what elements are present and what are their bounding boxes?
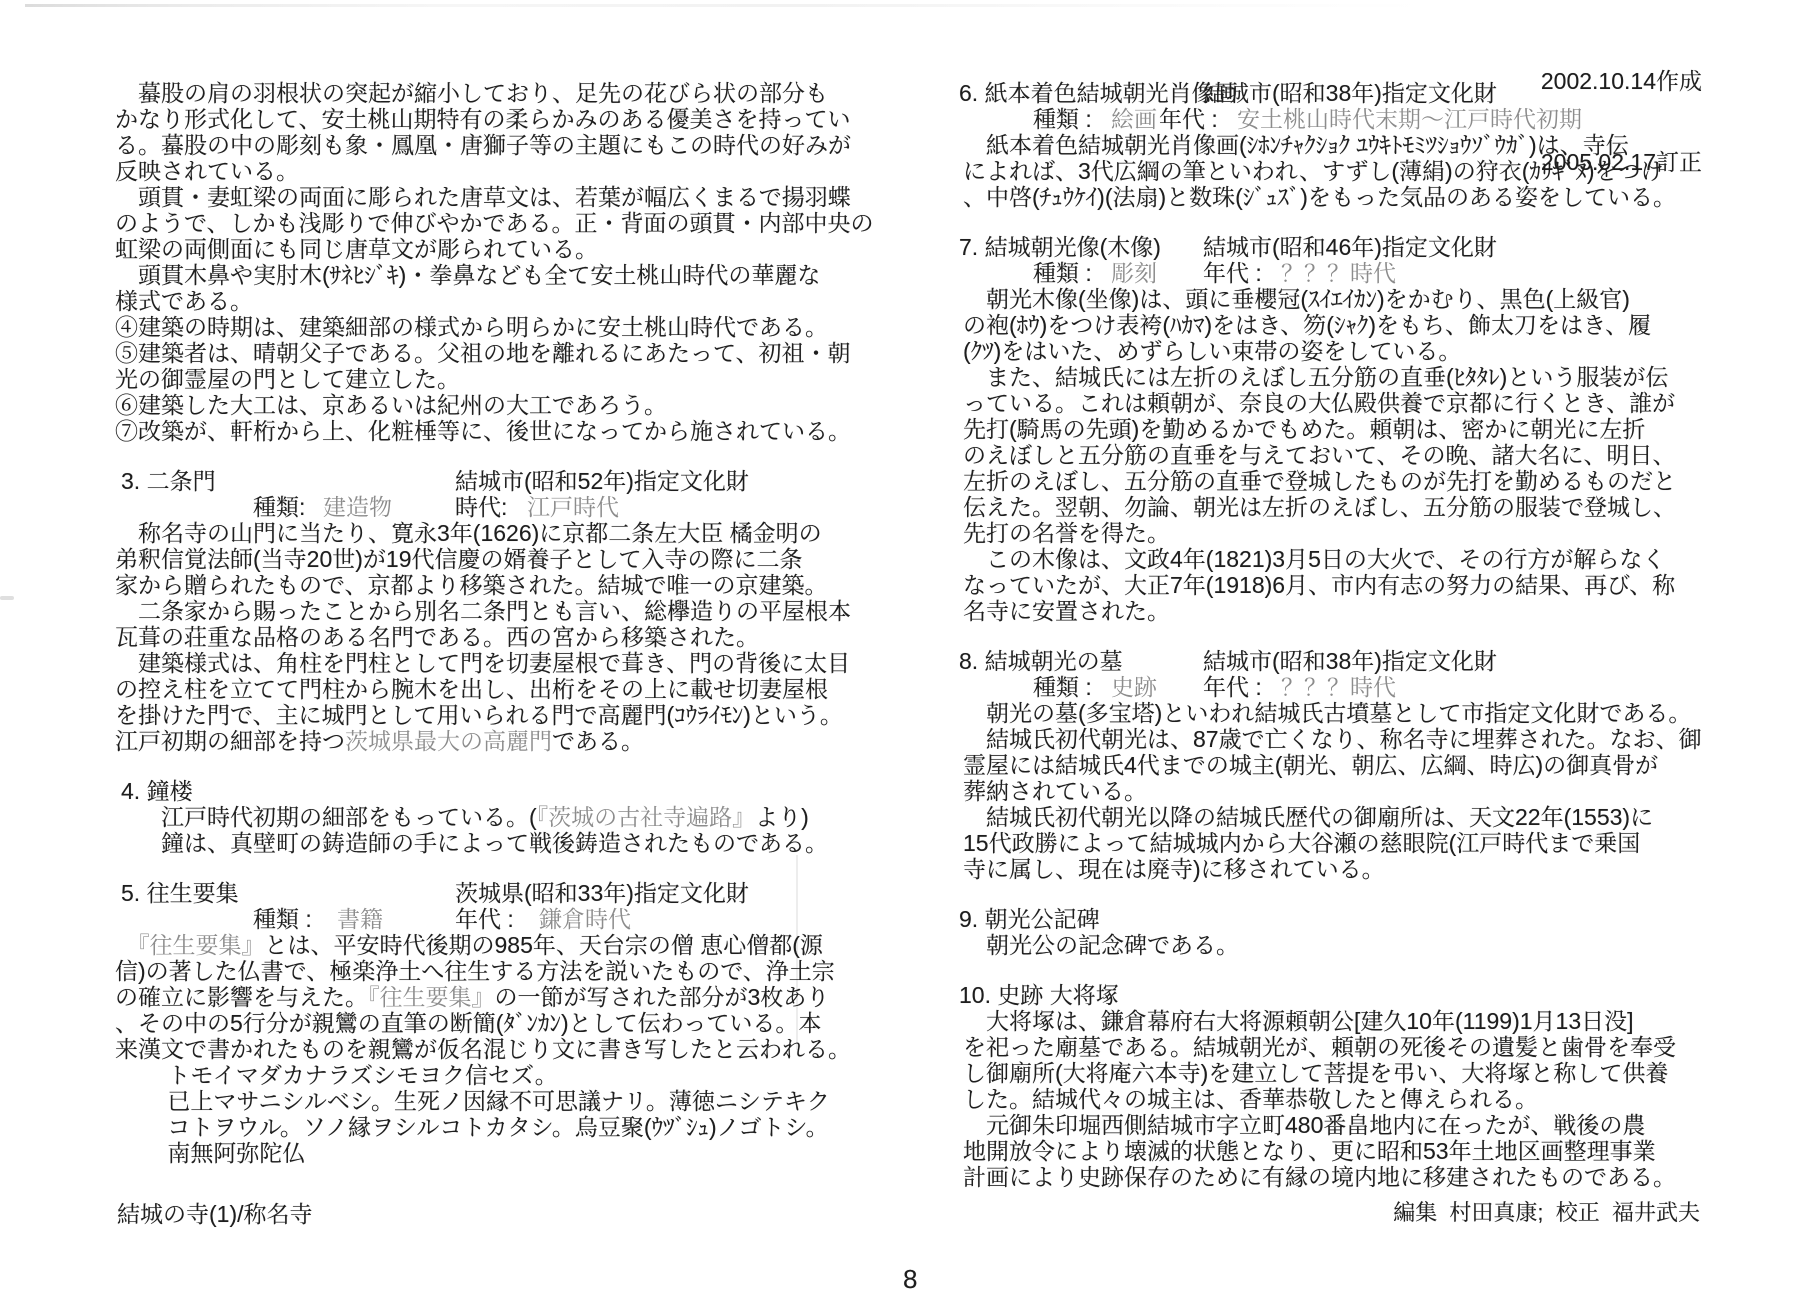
text-line: 、中啓(ﾁｭｳｹｲ)(法扇)と数珠(ｼﾞｭｽﾞ)をもった気品のある姿をしている。	[963, 184, 1723, 210]
text-line: ⑥建築した大工は、京あるいは紀州の大工であろう。	[115, 392, 805, 418]
text-line: この木像は、文政4年(1821)3月5日の大火で、その行方が解らなく	[963, 546, 1723, 572]
text-line: ⑦改築が、軒桁から上、化粧棰等に、後世になってから施されている。	[115, 418, 805, 444]
text-line: によれば、3代広綱の筆といわれ、すずし(薄絹)の狩衣(ｶﾘｷﾞﾇ)をつけ	[963, 158, 1723, 184]
section-8-body: 朝光の墓(多宝塔)といわれ結城氏古墳墓として市指定文化財である。 結城氏初代朝光…	[963, 700, 1723, 882]
text-line: 称名寺の山門に当たり、寛永3年(1626)に京都二条左大臣 橘金明の	[115, 520, 805, 546]
scan-artifact-left	[0, 596, 14, 600]
text-line: 計画により史跡保存のために有縁の境内地に移建されたものである。	[963, 1164, 1723, 1190]
section-3-heading: 3. 二条門結城市(昭和52年)指定文化財	[115, 468, 805, 494]
text-line: 頭貫木鼻や実肘木(ｻﾈﾋｼﾞｷ)・拳鼻なども全て安土桃山時代の華麗な	[115, 262, 805, 288]
text-line: 7. 結城朝光像(木像)結城市(昭和46年)指定文化財	[963, 234, 1723, 260]
text-line: っている。これは頼朝が、奈良の大仏殿供養で京都に行くとき、誰が	[963, 390, 1723, 416]
text-line: 朝光木像(坐像)は、頭に垂櫻冠(ｽｲｴｲｶﾝ)をかむり、黒色(上級官)	[963, 286, 1723, 312]
text-line: 鐘は、真壁町の鋳造師の手によって戦後鋳造されたものである。	[115, 830, 805, 856]
text-line: トモイマダカナラズシモヨク信セズ。	[115, 1062, 805, 1088]
text-line: の袍(ﾎｳ)をつけ表袴(ﾊｶﾏ)をはき、笏(ｼｬｸ)をもち、飾太刀をはき、履	[963, 312, 1723, 338]
text-line: 寺に属し、現在は廃寺)に移されている。	[963, 856, 1723, 882]
section-6-meta: 種類 :絵画年代 :安土桃山時代末期〜江戸時代初期	[963, 106, 1723, 132]
section-4-body: 江戸時代初期の細部をもっている。(『茨城の古社寺遍路』より) 鐘は、真壁町の鋳造…	[115, 804, 805, 856]
text-line: を掛けた門で、主に城門として用いられる門で高麗門(ｺｳﾗｲﾓﾝ)という。	[115, 702, 805, 728]
text-line: 結城氏初代朝光以降の結城氏歴代の御廟所は、天文22年(1553)に	[963, 804, 1723, 830]
section-7-meta: 種類 :彫刻年代 :？？？時代	[963, 260, 1723, 286]
text-line: した。結城代々の城主は、香華恭敬したと傳えられる。	[963, 1086, 1723, 1112]
page-number: 8	[903, 1264, 917, 1295]
text-line: 3. 二条門結城市(昭和52年)指定文化財	[115, 468, 805, 494]
section-4-heading: 4. 鐘楼	[115, 778, 805, 804]
text-line: 南無阿弥陀仏	[115, 1140, 805, 1166]
text-line: 江戸時代初期の細部をもっている。(『茨城の古社寺遍路』より)	[115, 804, 805, 830]
scan-artifact-top	[25, 4, 1425, 7]
section-5-heading: 5. 往生要集茨城県(昭和33年)指定文化財	[115, 880, 805, 906]
section-3-meta: 種類:建造物時代:江戸時代	[115, 494, 805, 520]
text-line: (ｸﾂ)をはいた、めずらしい束帯の姿をしている。	[963, 338, 1723, 364]
text-line: ⑤建築者は、晴朝父子である。父祖の地を離れるにあたって、初祖・朝	[115, 340, 805, 366]
section-8-heading: 8. 結城朝光の墓結城市(昭和38年)指定文化財	[963, 648, 1723, 674]
text-line: 地開放令により壊滅的状態となり、更に昭和53年土地区画整理事業	[963, 1138, 1723, 1164]
section-5-meta: 種類 :書籍年代 :鎌倉時代	[115, 906, 805, 932]
text-line: 朝光公の記念碑である。	[963, 932, 1723, 958]
section-7-body: 朝光木像(坐像)は、頭に垂櫻冠(ｽｲｴｲｶﾝ)をかむり、黒色(上級官)の袍(ﾎｳ…	[963, 286, 1723, 624]
section-6-heading: 6. 紙本着色結城朝光肖像画結城市(昭和38年)指定文化財	[963, 80, 1723, 106]
text-line: 家から贈られたもので、京都より移築された。結城で唯一の京建築。	[115, 572, 805, 598]
text-line: 霊屋には結城氏4代までの城主(朝光、朝広、広綱、時広)の御真骨が	[963, 752, 1723, 778]
text-line: 9. 朝光公記碑	[963, 906, 1723, 932]
text-line: 種類 :彫刻年代 :？？？時代	[963, 260, 1723, 286]
text-line: を祀った廟墓である。結城朝光が、頼朝の死後その遺髪と歯骨を奉受	[963, 1034, 1723, 1060]
text-line: し御廟所(大将庵六本寺)を建立して菩提を弔い、大将塚と称して供養	[963, 1060, 1723, 1086]
text-line: 5. 往生要集茨城県(昭和33年)指定文化財	[115, 880, 805, 906]
text-line: コトヲウル。ソノ縁ヲシルコトカタシ。烏豆聚(ｳﾂﾞｼｭ)ノゴトシ。	[115, 1114, 805, 1140]
text-line: のえぼしと五分筋の直垂を与えておいて、その晩、諸大名に、明日、	[963, 442, 1723, 468]
right-column: 6. 紙本着色結城朝光肖像画結城市(昭和38年)指定文化財種類 :絵画年代 :安…	[963, 80, 1723, 1190]
text-line: 様式である。	[115, 288, 805, 314]
section-7-heading: 7. 結城朝光像(木像)結城市(昭和46年)指定文化財	[963, 234, 1723, 260]
text-line: 光の御霊屋の門として建立した。	[115, 366, 805, 392]
text-line: また、結城氏には左折のえぼし五分筋の直垂(ﾋﾀﾀﾚ)という服装が伝	[963, 364, 1723, 390]
text-line: る。蟇股の中の彫刻も象・鳳凰・唐獅子等の主題にもこの時代の好みが	[115, 132, 805, 158]
section-9-body: 朝光公の記念碑である。	[963, 932, 1723, 958]
text-line: 朝光の墓(多宝塔)といわれ結城氏古墳墓として市指定文化財である。	[963, 700, 1723, 726]
text-line: 頭貫・妻虹梁の両面に彫られた唐草文は、若葉が幅広くまるで揚羽蝶	[115, 184, 805, 210]
text-line: 建築様式は、角柱を門柱として門を切妻屋根で葺き、門の背後に太目	[115, 650, 805, 676]
text-line: 二条家から賜ったことから別名二条門とも言い、総欅造りの平屋根本	[115, 598, 805, 624]
text-line: 来漢文で書かれたものを親鸞が仮名混じり文に書き写したと云われる。	[115, 1036, 805, 1062]
text-line: 江戸初期の細部を持つ茨城県最大の高麗門である。	[115, 728, 805, 754]
text-line: の控え柱を立てて門柱から腕木を出し、出桁をその上に載せ切妻屋根	[115, 676, 805, 702]
text-line: 種類 :絵画年代 :安土桃山時代末期〜江戸時代初期	[963, 106, 1723, 132]
text-line: 種類 :史跡年代 :？？？時代	[963, 674, 1723, 700]
text-line: の確立に影響を与えた。『往生要集』の一節が写された部分が3枚あり	[115, 984, 805, 1010]
text-line: 15代政勝によって結城城内から大谷瀬の慈眼院(江戸時代まで乗国	[963, 830, 1723, 856]
text-line: なっていたが、大正7年(1918)6月、市内有志の努力の結果、再び、称	[963, 572, 1723, 598]
text-line: 結城氏初代朝光は、87歳で亡くなり、称名寺に埋葬された。なお、御	[963, 726, 1723, 752]
footer-title: 結城の寺(1)/称名寺	[117, 1196, 313, 1229]
scanned-document-page: 2002.10.14作成 2005.02.17訂正 蟇股の肩の羽根状の突起が縮小…	[0, 0, 1800, 1310]
text-line: 大将塚は、鎌倉幕府右大将源頼朝公[建久10年(1199)1月13日没]	[963, 1008, 1723, 1034]
text-line: 葬納されている。	[963, 778, 1723, 804]
text-line: 先打(騎馬の先頭)を勤めるかでもめた。頼朝は、密かに朝光に左折	[963, 416, 1723, 442]
text-line: 6. 紙本着色結城朝光肖像画結城市(昭和38年)指定文化財	[963, 80, 1723, 106]
text-line: 、その中の5行分が親鸞の直筆の断簡(ﾀﾞﾝｶﾝ)として伝わっている。本	[115, 1010, 805, 1036]
text-line: 『往生要集』とは、平安時代後期の985年、天台宗の僧 恵心僧都(源	[115, 932, 805, 958]
text-line: かなり形式化して、安土桃山期特有の柔らかみのある優美さを持ってい	[115, 106, 805, 132]
text-line: 8. 結城朝光の墓結城市(昭和38年)指定文化財	[963, 648, 1723, 674]
text-line: ④建築の時期は、建築細部の様式から明らかに安土桃山時代である。	[115, 314, 805, 340]
text-line: 信)の著した仏書で、極楽浄土へ往生する方法を説いたもので、浄土宗	[115, 958, 805, 984]
text-line: 伝えた。翌朝、勿論、朝光は左折のえぼし、五分筋の服装で登城し、	[963, 494, 1723, 520]
text-line: 元御朱印堀西側結城市字立町480番畠地内に在ったが、戦後の農	[963, 1112, 1723, 1138]
section-9-heading: 9. 朝光公記碑	[963, 906, 1723, 932]
text-line: のようで、しかも浅彫りで伸びやかである。正・背面の頭貫・内部中央の	[115, 210, 805, 236]
left-column: 蟇股の肩の羽根状の突起が縮小しており、足先の花びら状の部分もかなり形式化して、安…	[115, 80, 805, 1166]
text-line: 10. 史跡 大将塚	[963, 982, 1723, 1008]
section-10-heading: 10. 史跡 大将塚	[963, 982, 1723, 1008]
text-line: 瓦葺の荘重な品格のある名門である。西の宮から移築された。	[115, 624, 805, 650]
text-line: 紙本着色結城朝光肖像画(ｼﾎﾝﾁｬｸｼｮｸ ﾕｳｷﾄﾓﾐﾂｼｮｳｿﾞｳｶﾞ)は、…	[963, 132, 1723, 158]
text-line: 虹梁の両側面にも同じ唐草文が彫られている。	[115, 236, 805, 262]
section-5-body: 『往生要集』とは、平安時代後期の985年、天台宗の僧 恵心僧都(源信)の著した仏…	[115, 932, 805, 1166]
text-line: 名寺に安置された。	[963, 598, 1723, 624]
text-line: 左折のえぼし、五分筋の直垂で登城したものが先打を勤めるものだと	[963, 468, 1723, 494]
text-line: 弟釈信覚法師(当寺20世)が19代信慶の婿養子として入寺の際に二条	[115, 546, 805, 572]
text-line: 已上マサニシルベシ。生死ノ因縁不可思議ナリ。薄徳ニシテキク	[115, 1088, 805, 1114]
intro-paragraphs: 蟇股の肩の羽根状の突起が縮小しており、足先の花びら状の部分もかなり形式化して、安…	[115, 80, 805, 444]
text-line: 4. 鐘楼	[115, 778, 805, 804]
footer-credits: 編集 村田真康; 校正 福井武夫	[1393, 1196, 1700, 1227]
text-line: 反映されている。	[115, 158, 805, 184]
section-10-body: 大将塚は、鎌倉幕府右大将源頼朝公[建久10年(1199)1月13日没]を祀った廟…	[963, 1008, 1723, 1190]
section-6-body: 紙本着色結城朝光肖像画(ｼﾎﾝﾁｬｸｼｮｸ ﾕｳｷﾄﾓﾐﾂｼｮｳｿﾞｳｶﾞ)は、…	[963, 132, 1723, 210]
text-line: 種類:建造物時代:江戸時代	[115, 494, 805, 520]
text-line: 種類 :書籍年代 :鎌倉時代	[115, 906, 805, 932]
text-line: 先打の名誉を得た。	[963, 520, 1723, 546]
section-3-body: 称名寺の山門に当たり、寛永3年(1626)に京都二条左大臣 橘金明の弟釈信覚法師…	[115, 520, 805, 754]
text-line: 蟇股の肩の羽根状の突起が縮小しており、足先の花びら状の部分も	[115, 80, 805, 106]
section-8-meta: 種類 :史跡年代 :？？？時代	[963, 674, 1723, 700]
